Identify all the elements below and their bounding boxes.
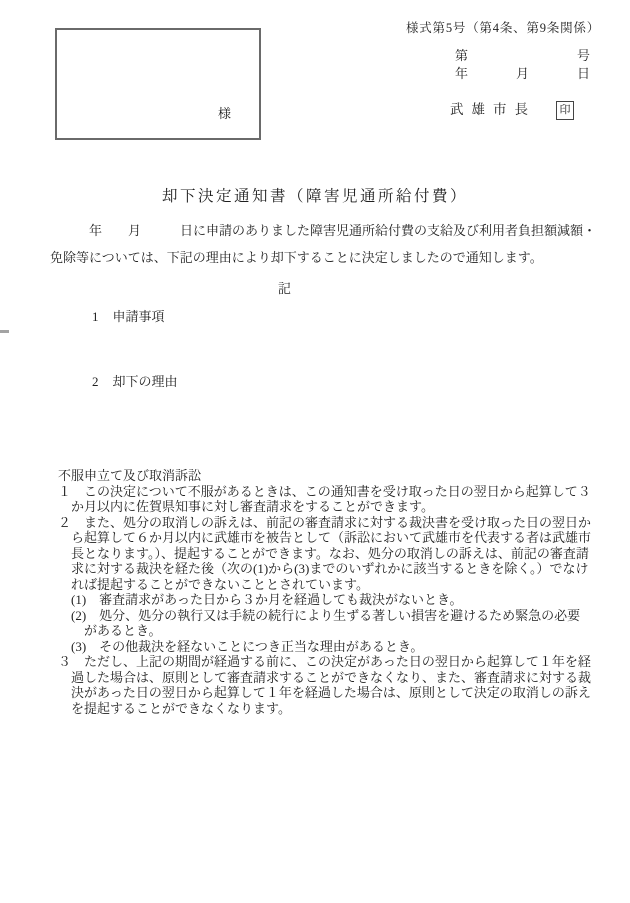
document-page: 様式第5号（第4条、第9条関係） 第 号 年 月 日 武雄市長 印 様 却下決定… <box>0 0 630 903</box>
addressee-box: 様 <box>55 28 261 140</box>
appeal-section-body: １ この決定について不服があるときは、この通知書を受け取った日の翌日から起算して… <box>58 484 610 717</box>
date-year-label: 年 <box>455 63 468 82</box>
seal-placeholder: 印 <box>556 101 574 120</box>
list-item-number: 2 <box>92 374 99 389</box>
list-item-application: 1申請事項 <box>92 306 165 325</box>
date-day-label: 日 <box>577 63 590 82</box>
list-item-number: 1 <box>92 309 99 324</box>
addressee-honorific: 様 <box>218 103 231 122</box>
date-month-label: 月 <box>516 63 529 82</box>
notice-body-paragraph: 年 月 日に申請のありました障害児通所給付費の支給及び利用者負担額減額・ 免除等… <box>50 217 606 271</box>
list-item-label: 却下の理由 <box>113 374 178 389</box>
form-number-label: 様式第5号（第4条、第9条関係） <box>406 18 600 36</box>
fold-mark <box>0 330 9 333</box>
appeal-section-heading: 不服申立て及び取消訴訟 <box>58 468 610 484</box>
appeal-section: 不服申立て及び取消訴訟 １ この決定について不服があるときは、この通知書を受け取… <box>58 468 610 716</box>
date-line: 年 月 日 <box>455 63 590 82</box>
issuer-name: 武雄市長 <box>450 98 536 118</box>
section-marker-ki: 記 <box>278 278 291 297</box>
doc-number-suffix: 号 <box>577 45 590 64</box>
page-title: 却下決定通知書（障害児通所給付費） <box>0 184 630 206</box>
list-item-label: 申請事項 <box>113 309 165 324</box>
list-item-rejection-reason: 2却下の理由 <box>92 371 178 390</box>
doc-number-prefix: 第 <box>455 45 468 64</box>
doc-number-line: 第 号 <box>455 45 590 64</box>
